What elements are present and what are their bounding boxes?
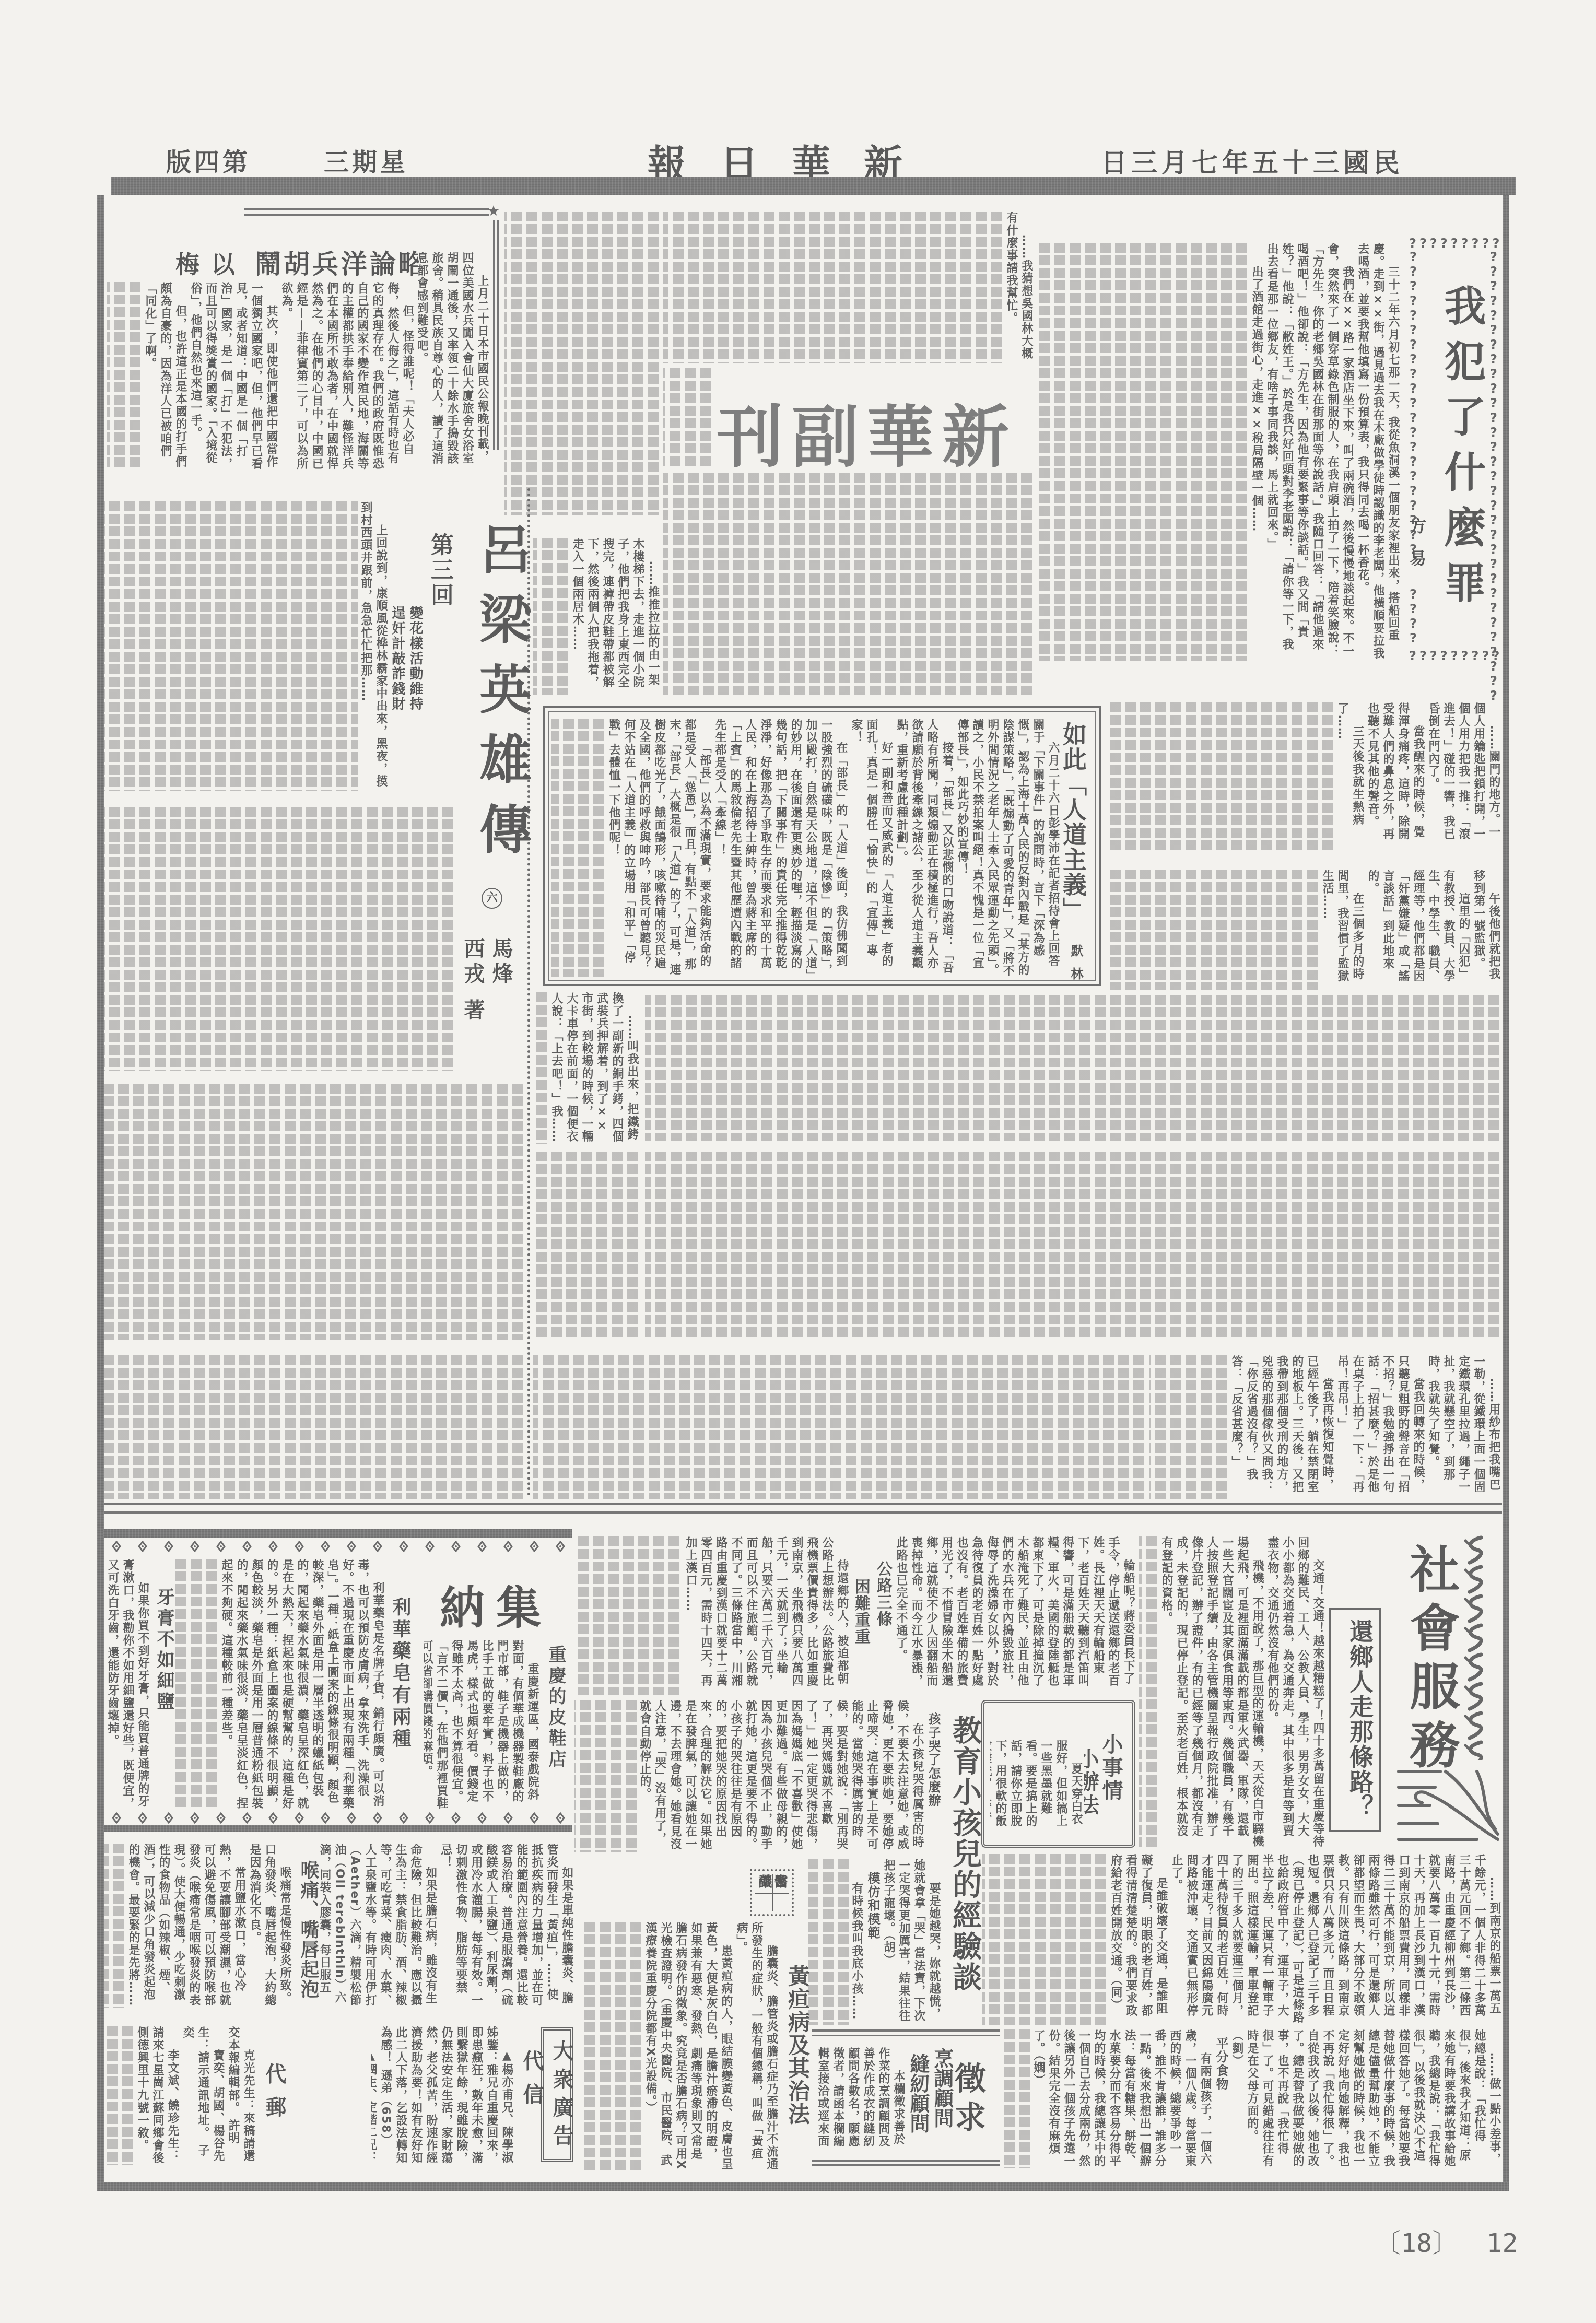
- paragraph: 好一副和善而又威武的「人道主義」者的面孔！真是一個勝任「愉快」的「宣傳」專家！: [849, 719, 894, 977]
- paragraph: 輪船呢？蔣委員長下了手令，停止遞送還鄉的老百姓。長江裡天天有輪船東下，老百姓天天…: [894, 1536, 1136, 1695]
- headline-lvliang: 呂梁英雄傳: [464, 522, 539, 872]
- author-suffix: 著: [461, 999, 485, 1024]
- paragraph: 是誰破壞了交通，是誰阻礙了復員，明眼的老百姓，都看得清清楚楚的。我們要求政府給老…: [1108, 1854, 1169, 2025]
- body-text-illegible: [104, 1355, 525, 1499]
- ad-message: 克光先生：來稿請還交本報編輯部。 許明: [226, 2026, 256, 2165]
- recruit-position: 縫紉顧問: [904, 2054, 933, 2133]
- paragraph: 常用鹽水漱口，當心冷熱，不要讓腳部受潮濕，也就可以避免傷風，可以預防喉部發炎（喉…: [126, 1844, 247, 2008]
- diamond-border-icon: [103, 1541, 572, 1552]
- subheadline: 平分食物: [1213, 2029, 1229, 2168]
- item-title: 牙膏不如細鹽: [151, 1588, 177, 1713]
- article-rule: [497, 220, 499, 450]
- paragraph: 三十二年六月初七那一天，我從魚洞溪一個朋友家裡出來，搭船回重慶。走到××街，遇見…: [1355, 243, 1401, 661]
- recruit-body: 本欄徵求善於作菜的烹調顧問及善於作成衣的縫紉顧問各數名，願應徵者，請函本欄編輯室…: [815, 2047, 906, 2154]
- page-section-label: 第四版: [166, 142, 251, 178]
- paragraph-text: ……做一點小差事，她總是說：「我忙得很」，後來我才知道：原來她有時要我講故事給她…: [1246, 2029, 1501, 2167]
- section-title-social-service: 社會服務: [1395, 1543, 1467, 1777]
- article-rule: [244, 208, 489, 210]
- byline-lvliang: 馬烽 西戎 著: [459, 937, 515, 1024]
- author-name: 西戎: [461, 937, 485, 988]
- section-separator: [104, 1503, 1502, 1505]
- paragraph: 出了酒館走過街心，走進××稅局隔壁一個……: [1249, 243, 1264, 661]
- wave-ornament-icon: [1458, 1535, 1500, 1760]
- ads-mail: 克光先生：來稿請還交本報編輯部。 許明 寶奕、胡國、楊谷先生：請示通訊地址。 子…: [104, 2026, 256, 2165]
- frame-bottom-border: [97, 2182, 1509, 2191]
- article-body-wofan-cont: ……我猜想吳國林大概有什麼事請我幫忙。: [663, 212, 1034, 363]
- issue-date: 民國三十五年七月三日: [1101, 142, 1404, 180]
- supplement-logo: 新華副刊: [717, 384, 1017, 480]
- body-text-illegible: [104, 1084, 525, 1340]
- tips-body: 夏天穿白衣服好，但如搞上一些黑墨就難看。要是搞上的話，請你立即脫下，用很軟的飯粒…: [990, 1740, 1084, 1834]
- headline-medical: 黃疸病及其治法: [782, 1965, 813, 2126]
- body-text-illegible: [645, 995, 1501, 1141]
- article-body-medical-cont: 如果是單純性膽囊炎、膽管炎而發生「黃疸」，……使抵抗疾病的力量增加，並在可能的範…: [319, 1844, 574, 2008]
- paragraph: ……用紗布把我嘴巴一勒，從鐵環上面一個固定鐵環孔里拉過，繩子一扯，我就懸空了，到…: [1426, 1355, 1501, 1499]
- question-mark-border: ?????????????????????: [1407, 250, 1419, 557]
- boxed-article-rendao: 如此「人道主義」 默林 六月二十六日彭學沛在記者招待會上回答關于「下關事件」的詢…: [543, 706, 1101, 986]
- ad-text: 李文斌、饒珍先生：請來七星崗江蘇同鄉會後側德興里十九號一敘。: [136, 2026, 179, 2164]
- question-mark-border: ?????????: [1409, 236, 1503, 251]
- grass-ornament-icon: [1393, 1761, 1500, 1845]
- ads-letters: ▲楊亦甫兄、陳學淑姊鑒：雅兄自重慶回來，即患瘋狂，數年未愈，滿則繫獄年餘，現雖脫…: [371, 2026, 514, 2165]
- paragraph: 上回說到，康順風從桦林霸家中出來，黑夜，摸到村西頭井跟前，急急忙忙把那……: [358, 501, 389, 791]
- article-body-wofan: 三十二年六月初七那一天，我從魚洞溪一個朋友家裡出來，搭船回重慶。走到××街，遇見…: [1037, 243, 1401, 661]
- ad-signature: 遜弟（658）: [379, 2069, 392, 2146]
- paragraph: ……到南京的船票一萬五千餘元，一個人非得二十多萬三十萬元回不了鄉。第二條西南路，…: [1169, 1854, 1502, 2025]
- paragraph: 膽囊炎、膽管炎或膽石症乃至膽汁不流通所發生的症狀，一般有個總稱，叫做「黃疸病」。: [734, 1922, 779, 2171]
- paragraph: 接着，「部長」又以悲憫的口吻說道：「吾人略有所聞，同類煽動正在積極進行，吾人亦欲…: [894, 719, 955, 977]
- article-body-wofan-cont: ……關門的地方。一個人用鑰匙把鎖打開，一個人用力把我一推：「滾進去！」碰的一響，…: [1110, 702, 1501, 850]
- paragraph: ……做一點小差事，她總是說：「我忙得很」，後來我才知道：原來她有時要我講故事給她…: [1229, 2029, 1502, 2168]
- item-body: 利華藥皂是名牌子貨，銷行頗廣。可以消毒，也可以預防皮膚病，拿來洗手、洗澡很好。不…: [172, 1559, 385, 1810]
- paragraph: 三天後我就生熱病了……: [1335, 702, 1365, 850]
- body-text-illegible: [663, 473, 1034, 695]
- chapter-title: 變花樣活動維持: [406, 501, 424, 791]
- badge-text: 常識: [756, 1874, 788, 1914]
- frame-right-border: [1503, 195, 1509, 2191]
- headline-box-huanxiang: 還鄉人走那條路？: [1329, 1608, 1381, 1832]
- sheet-number: 12: [1486, 2228, 1518, 2258]
- chapter-number: 第三回: [424, 501, 455, 791]
- paragraph: 有兩個孩子，一個六歲，一個八歲。每當要東西的時候，總要爭吵一番，誰不肯讓誰，誰多…: [1031, 2029, 1213, 2168]
- paragraph: 夏天穿白衣服好，但如搞上一些黑墨就難看。要是搞上的話，請你立即脫下，用很軟的飯粒…: [990, 1740, 1084, 1834]
- medical-badge: 醫藥 常識: [750, 1869, 794, 1916]
- paragraph: ……關門的地方。一個人用鑰匙把鎖打開，一個人用力把我一推：「滾進去！」碰的一響，…: [1426, 702, 1501, 850]
- paragraph: 在三個多月的時間里，我習慣了監獄生活……: [1320, 870, 1365, 990]
- jina-top-bar: [103, 1529, 572, 1538]
- paragraph: 交通！交通！越來越糟糕了！四十多萬留在重慶等待回鄉的難民、工人、公教人員、學生，…: [1265, 1536, 1325, 1849]
- body-text-illegible: [645, 1152, 1501, 1340]
- paragraph: 本欄徵求善於作菜的烹調顧問及善於作成衣的縫紉顧問各數名，願應徵者，請函本欄編輯室…: [815, 2047, 906, 2154]
- ad-text: 寶奕、胡國、楊谷先生：請示通訊地址。: [196, 2026, 225, 2162]
- ad-text: ▲楊亦甫兄、陳學淑姊鑒：雅兄自重慶回來，即患瘋狂，數年未愈，滿則繫獄年餘，現雖脫…: [379, 2026, 513, 2164]
- page-marker: 〔18〕 12: [1375, 2222, 1518, 2260]
- paragraph: 這里的「囚犯」有教授、教員、大學生、中學生、職員、經理等，他們都是因「奸黨嫌疑」…: [1365, 870, 1471, 990]
- paragraph: ……我猜想吳國林大概有什麼事請我幫忙。: [1004, 212, 1034, 363]
- paragraph: 重慶新運區，國泰戲院斜對面，有個華成機器製鞋廠的門市部，鞋子是機器上做的，比手工…: [424, 1640, 540, 1810]
- ad-text: ▲潤生、定楷二兄：我由家鄉到此，請速告近況，信由書店留轉。: [371, 2026, 377, 2164]
- paragraph: 其次，即使他們還把中國當作一個獨立國家吧，但，他們早已看見，或者知道：中國是一個…: [188, 282, 279, 470]
- ads-label-mail: 代郵: [260, 2063, 289, 2130]
- author-name: 馬烽: [489, 937, 513, 988]
- tips-box: 小事情 小辦法 夏天穿白衣服好，但如搞上一些黑墨就難看。要是搞上的話，請你立即脫…: [981, 1700, 1135, 1848]
- frame-left-border: [97, 195, 104, 2191]
- paragraph: ……推推拉拉的由一架木樓梯下去，走進一個小院子，他們把我身上東西完全搜完，連褲帶…: [570, 538, 661, 695]
- item-title: 利華藥皂有兩種: [388, 1597, 414, 1751]
- subheadline: 孩子哭了怎麼辦: [925, 1700, 942, 1852]
- headline-luelun: 略論洋兵胡鬧: [255, 243, 427, 281]
- paragraph: 喉痛常是慢性發炎所致。口角發炎、嘴唇起泡，大約總是因為消化不良。: [247, 1844, 292, 2008]
- paragraph: 飛機，不用說了，那巨型的運輸機，天天從白市驛機場起飛，可是裡面滿滿載的都是軍火武…: [1159, 1536, 1265, 1849]
- section-separator: [104, 1511, 1502, 1514]
- ad-message: 寶奕、胡國、楊谷先生：請示通訊地址。 子奕: [180, 2026, 226, 2165]
- article-body-rendao: 六月二十六日彭學沛在記者招待會上回答關于「下關事件」的詢問時，言下「深為感慨」，…: [551, 719, 1061, 977]
- article-body-wofan-cont: 午後他們就把我移到第一號監獄。 這里的「囚犯」有教授、教員、大學生、中學生、職員…: [1110, 870, 1501, 990]
- body-text-illegible: [663, 368, 713, 467]
- body-text-illegible: [533, 1152, 640, 1340]
- page-marker-bracket: 〔18〕: [1375, 2228, 1458, 2258]
- installment-number: 六: [482, 888, 502, 909]
- item-title: 重慶的皮鞋店: [543, 1645, 569, 1770]
- paragraph-text: 有兩個孩子，一個六歲，一個八歲。每當要東西的時候，總要爭吵一番，誰不肯讓誰，誰多…: [1032, 2029, 1212, 2167]
- article-body-medical: 膽囊炎、膽管炎或膽石症乃至膽汁不流通所發生的症狀，一般有個總稱，叫做「黃疸病」。…: [581, 1922, 779, 2171]
- headline-education: 教育小孩兒的經驗談: [944, 1715, 986, 1992]
- ad-message: ▲潤生、定楷二兄：我由家鄉到此，請速告近況，信由書店留轉。 學年（660）: [371, 2026, 378, 2165]
- article-body-education-cont: 要是她越哭，妳就越慌，她就會拿「哭」當法寶，下次一定哭得更加厲害，結果往往把孩子…: [808, 1859, 942, 2025]
- item-body: 如果你買不到好牙膏，只能買普通牌的牙膏漱口，我勸你不如用細鹽還好些，既便宜，又可…: [104, 1559, 150, 1810]
- chapter-title: 逞奸計敲詐錢財: [389, 501, 406, 791]
- paragraph: 利華藥皂是名牌子貨，銷行頗廣。可以消毒，也可以預防皮膚病，拿來洗手、洗澡很好。不…: [219, 1559, 385, 1810]
- article-body-social-service-cont: ……到南京的船票一萬五千餘元，一個人非得二十多萬三十萬元回不了鄉。第二條西南路，…: [982, 1854, 1502, 2025]
- weekday-label: 星期三: [324, 142, 408, 178]
- subheadline: 公路三條: [872, 1536, 894, 1695]
- article-rule: [244, 214, 489, 216]
- paragraph: ……叫我出來，把鐵銬換了一副新的銅手銬，四個武裝兵押解着，到了××市街，到較場的…: [549, 992, 640, 1144]
- paragraph: 患黃疸病的人，眼結膜變黃色、皮膚也呈黃色，大便是灰白色，是膽汁瘀滯的明證，如果兼…: [643, 1922, 734, 2171]
- ad-message: 李文斌、饒珍先生：請來七星崗江蘇同鄉會後側德興里十九號一敘。: [135, 2026, 180, 2165]
- star-ornament-icon: [488, 205, 499, 217]
- article-body-social-service-cont: 輪船呢？蔣委員長下了手令，停止遞送還鄉的老百姓。長江裡天天有輪船東下，老百姓天天…: [574, 1536, 1136, 1695]
- body-text-illegible: [533, 1355, 1146, 1499]
- ad-signature: 許明: [227, 2119, 240, 2144]
- paragraph: 如果你買不到好牙膏，只能買普通牌的牙膏漱口，我勸你不如用細鹽還好些，既便宜，又可…: [105, 1559, 150, 1810]
- headline-huanxiang: 還鄉人走那條路？: [1343, 1619, 1377, 1820]
- article-body-education: 孩子哭了怎麼辦 在小孩兒哭得厲害的時候，不要太去注意她，或威脅她，更不要哄她，要…: [574, 1700, 942, 1852]
- masthead-rule: [111, 177, 1516, 195]
- paragraph: 有時候我叫我底小孩……: [849, 1859, 864, 2025]
- ad-message: ▲楊亦甫兄、陳學淑姊鑒：雅兄自重慶回來，即患瘋狂，數年未愈，滿則繫獄年餘，現雖脫…: [378, 2026, 514, 2165]
- byline-luelun: 以梅: [175, 245, 247, 280]
- byline-rendao: 默林: [1067, 944, 1085, 990]
- paragraph: 在小孩兒哭得厲害的時候，不要太去注意她，或威脅她，更不要哄她，要她停止啼哭：這在…: [637, 1700, 925, 1852]
- article-body-throat: 喉痛常是慢性發炎所致。口角發炎、嘴唇起泡，大約總是因為消化不良。 常用鹽水漱口，…: [104, 1844, 292, 2008]
- signoff: （嫻）: [1032, 2055, 1045, 2086]
- signoff: （胡）: [882, 1934, 895, 1966]
- article-rule: [493, 220, 495, 450]
- ads-label-letters: 代信: [517, 2050, 547, 2117]
- article-body-wofan-cont: ……叫我出來，把鐵銬換了一副新的銅手銬，四個武裝兵押解着，到了××市街，到較場的…: [533, 992, 640, 1144]
- paragraph: 但，怪得誰呢！「夫人必自侮，然後人侮之」，這話有時也有它的真理存在。我們的政府既…: [279, 282, 415, 470]
- headline-wofan: 我犯了什麼罪: [1432, 284, 1492, 616]
- paragraph: 「部長」以為不滿現實，要求能夠活命的都是受人「慫恿」，而且，有點不「人道」，那末…: [606, 719, 712, 977]
- question-mark-border: ????: [1407, 587, 1419, 646]
- paragraph: 如果是膽石病，雖沒有生命危險，但比較難治。應以攝生為主：禁食脂肪、酒、辣椒等，可…: [319, 1844, 438, 2008]
- article-body-social-service: 交通！交通！越來越糟糕了！四十多萬留在重慶等待回鄉的難民、工人、公教人員、學生，…: [1139, 1536, 1325, 1849]
- paragraph: 如果是單純性膽囊炎、膽管炎而發生「黃疸」，……使抵抗疾病的力量增加，並在可能的範…: [438, 1844, 574, 2008]
- diamond-border-icon: [103, 1812, 572, 1824]
- article-body-luelun: 但，怪得誰呢！「夫人必自侮，然後人侮之」，這話有時也有它的真理存在。我們的政府既…: [107, 282, 415, 470]
- paragraph: 午後他們就把我移到第一號監獄。: [1471, 870, 1501, 990]
- paragraph: 上月二十日本市國民公報晚刊載，四位美國水兵闖入會仙大廈旅舍女浴室胡鬧一通後，又率…: [418, 252, 490, 470]
- jina-bottom-bar: [103, 1825, 572, 1832]
- section-title-jina: 集納: [440, 1572, 553, 1637]
- subheadline: 模仿和模範: [864, 1859, 881, 2025]
- paragraph: 在「部長」的「人道」後面，我仿彿聞到一股強烈的硫磺味，既是「陰慘」的「策略」，加…: [712, 719, 849, 977]
- article-body-luelun-lead: 上月二十日本市國民公報晚刊載，四位美國水兵闖入會仙大廈旅舍女浴室胡鬧一通後，又率…: [418, 252, 490, 470]
- paragraph: 但，也許這正是本國的打手們頗為自豪的，因為洋人已被咱們「同化」了啊。: [143, 282, 188, 470]
- ads-title: 大衆廣告: [547, 2040, 577, 2153]
- body-text-illegible: [104, 807, 455, 1071]
- paragraph: 我們在××路一家酒店坐下來，叫了兩碗酒，然後慢慢地談起來。不一會，突然來了一個穿…: [1264, 243, 1355, 661]
- serial-body-lvliang: 第三回 變花樣活動維持 逞奸計敲詐錢財 上回說到，康順風從桦林霸家中出來，黑夜，…: [104, 501, 455, 791]
- signoff: （劉）: [1230, 2029, 1243, 2067]
- paragraph: 六月二十六日彭學沛在記者招待會上回答關于「下關事件」的詢問時，言下「深為感慨」，…: [955, 719, 1061, 977]
- article-body-wofan-cont: ……推推拉拉的由一架木樓梯下去，走進一個小院子，他們把我身上東西完全搜完，連褲帶…: [533, 538, 661, 695]
- headline-rendao: 如此「人道主義」: [1056, 722, 1090, 922]
- article-body-wofan-cont: ……用紗布把我嘴巴一勒，從鐵環上面一個固定鐵環孔里拉過，繩子一扯，我就懸空了，到…: [1149, 1355, 1501, 1499]
- paragraph: 當我醒來的時候，覺得渾身痛疼，這時，除開受難人們的鼻息之外，再也聽不見其他的聲音…: [1365, 702, 1426, 850]
- item-body: 重慶新運區，國泰戲院斜對面，有個華成機器製鞋廠的門市部，鞋子是機器上做的，比手工…: [424, 1640, 540, 1810]
- paragraph: 當我回轉來的時候，只聽見粗野的聲音在「招不招？」我勉強掙出一句話：「招甚麼？」於…: [1335, 1355, 1426, 1499]
- body-text-illegible: [504, 212, 661, 515]
- paragraph: 待還鄉的人，被迫都朝公路上想辦法。公路旅費比飛機票價貴得多，比如重慶到南京，坐飛…: [683, 1536, 850, 1695]
- paragraph: 當我再恢復知覺時，已經午後了，躺在禁閉室的地板上。三天後，又把我帶到那個受刑的地…: [1229, 1355, 1335, 1499]
- paragraph: 要是她越哭，妳就越慌，她就會拿「哭」當法寶，下次一定哭得更加厲害，結果往往把孩子…: [881, 1859, 942, 2025]
- subheadline: 困難重重: [850, 1536, 872, 1695]
- article-body-education-cont: ……做一點小差事，她總是說：「我忙得很」，後來我才知道：原來她有時要我講故事給她…: [1000, 2029, 1502, 2168]
- headline-box-wofan: ????????? ????????? ????????????????????…: [1405, 236, 1502, 662]
- recruit-notice: 徵求 烹調顧問 縫紉顧問 本欄徵求善於作菜的烹調顧問及善於作成衣的縫紉顧問各數名…: [812, 2029, 1000, 2168]
- byline-wofan: 方易: [1405, 517, 1429, 582]
